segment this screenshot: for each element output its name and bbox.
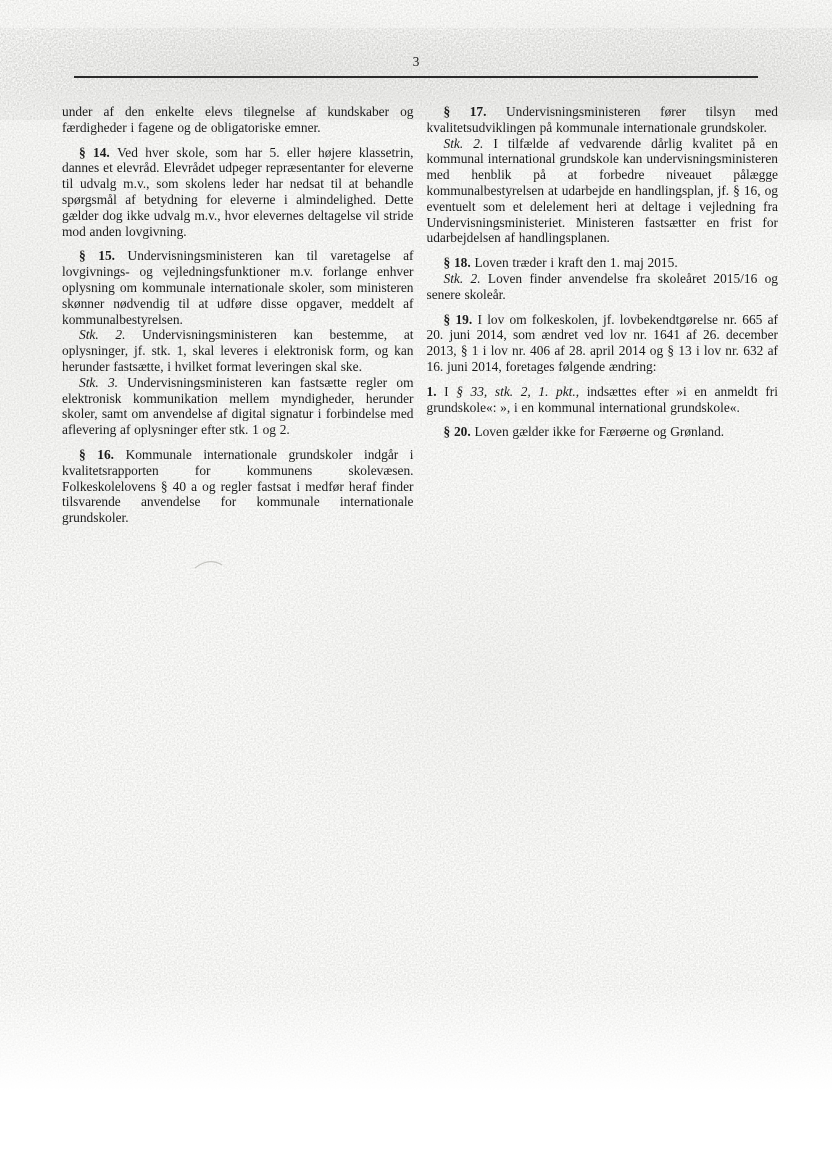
paragraph-section-15-stk-3: Stk. 3. Undervisningsministeren kan fast… (62, 375, 414, 438)
section-18-text: Loven træder i kraft den 1. maj 2015. (474, 255, 677, 270)
paragraph-section-18: § 18. Loven træder i kraft den 1. maj 20… (427, 255, 779, 271)
paragraph-section-17: § 17. Undervisningsministeren fører tils… (427, 104, 779, 136)
right-column: § 17. Undervisningsministeren fører tils… (427, 104, 779, 526)
section-17-number: § 17. (444, 104, 506, 119)
page-header: 3 (0, 0, 832, 70)
amendment-item-number: 1. (427, 384, 445, 399)
section-19-text: I lov om folkeskolen, jf. lovbekendtgøre… (427, 312, 779, 374)
paragraph-section-15-stk-2: Stk. 2. Undervisningsministeren kan best… (62, 327, 414, 374)
section-20-text: Loven gælder ikke for Færøerne og Grønla… (474, 424, 724, 439)
paragraph-section-19: § 19. I lov om folkeskolen, jf. lovbeken… (427, 312, 779, 375)
paragraph-section-15: § 15. Undervisningsministeren kan til va… (62, 248, 414, 327)
section-15-number: § 15. (79, 248, 128, 263)
paragraph-amendment-item-1: 1. I § 33, stk. 2, 1. pkt., indsættes ef… (427, 384, 779, 416)
paragraph-continuation: under af den enkelte elevs tilegnelse af… (62, 104, 414, 136)
paragraph-section-16: § 16. Kommunale internationale grundskol… (62, 447, 414, 526)
section-19-number: § 19. (444, 312, 478, 327)
section-16-number: § 16. (79, 447, 126, 462)
left-column: under af den enkelte elevs tilegnelse af… (62, 104, 414, 526)
section-14-number: § 14. (79, 145, 117, 160)
stk-2-label: Stk. 2. (444, 136, 494, 151)
stk-2-label: Stk. 2. (444, 271, 488, 286)
section-17-stk-2-text: I tilfælde af vedvarende dårlig kvalitet… (427, 136, 779, 246)
document-page: 3 under af den enkelte elevs tilegnelse … (0, 0, 832, 1174)
paragraph-section-17-stk-2: Stk. 2. I tilfælde af vedvarende dårlig … (427, 136, 779, 247)
paragraph-section-20: § 20. Loven gælder ikke for Færøerne og … (427, 424, 779, 440)
section-20-number: § 20. (444, 424, 475, 439)
section-18-number: § 18. (444, 255, 475, 270)
page-number: 3 (413, 54, 420, 69)
paragraph-section-14: § 14. Ved hver skole, som har 5. eller h… (62, 145, 414, 240)
stk-2-label: Stk. 2. (79, 327, 142, 342)
amendment-item-provision-ref: § 33, stk. 2, 1. pkt., (456, 384, 586, 399)
amendment-item-pre: I (444, 384, 456, 399)
stk-3-label: Stk. 3. (79, 375, 127, 390)
paragraph-section-18-stk-2: Stk. 2. Loven finder anvendelse fra skol… (427, 271, 779, 303)
two-column-body: under af den enkelte elevs tilegnelse af… (0, 78, 832, 526)
